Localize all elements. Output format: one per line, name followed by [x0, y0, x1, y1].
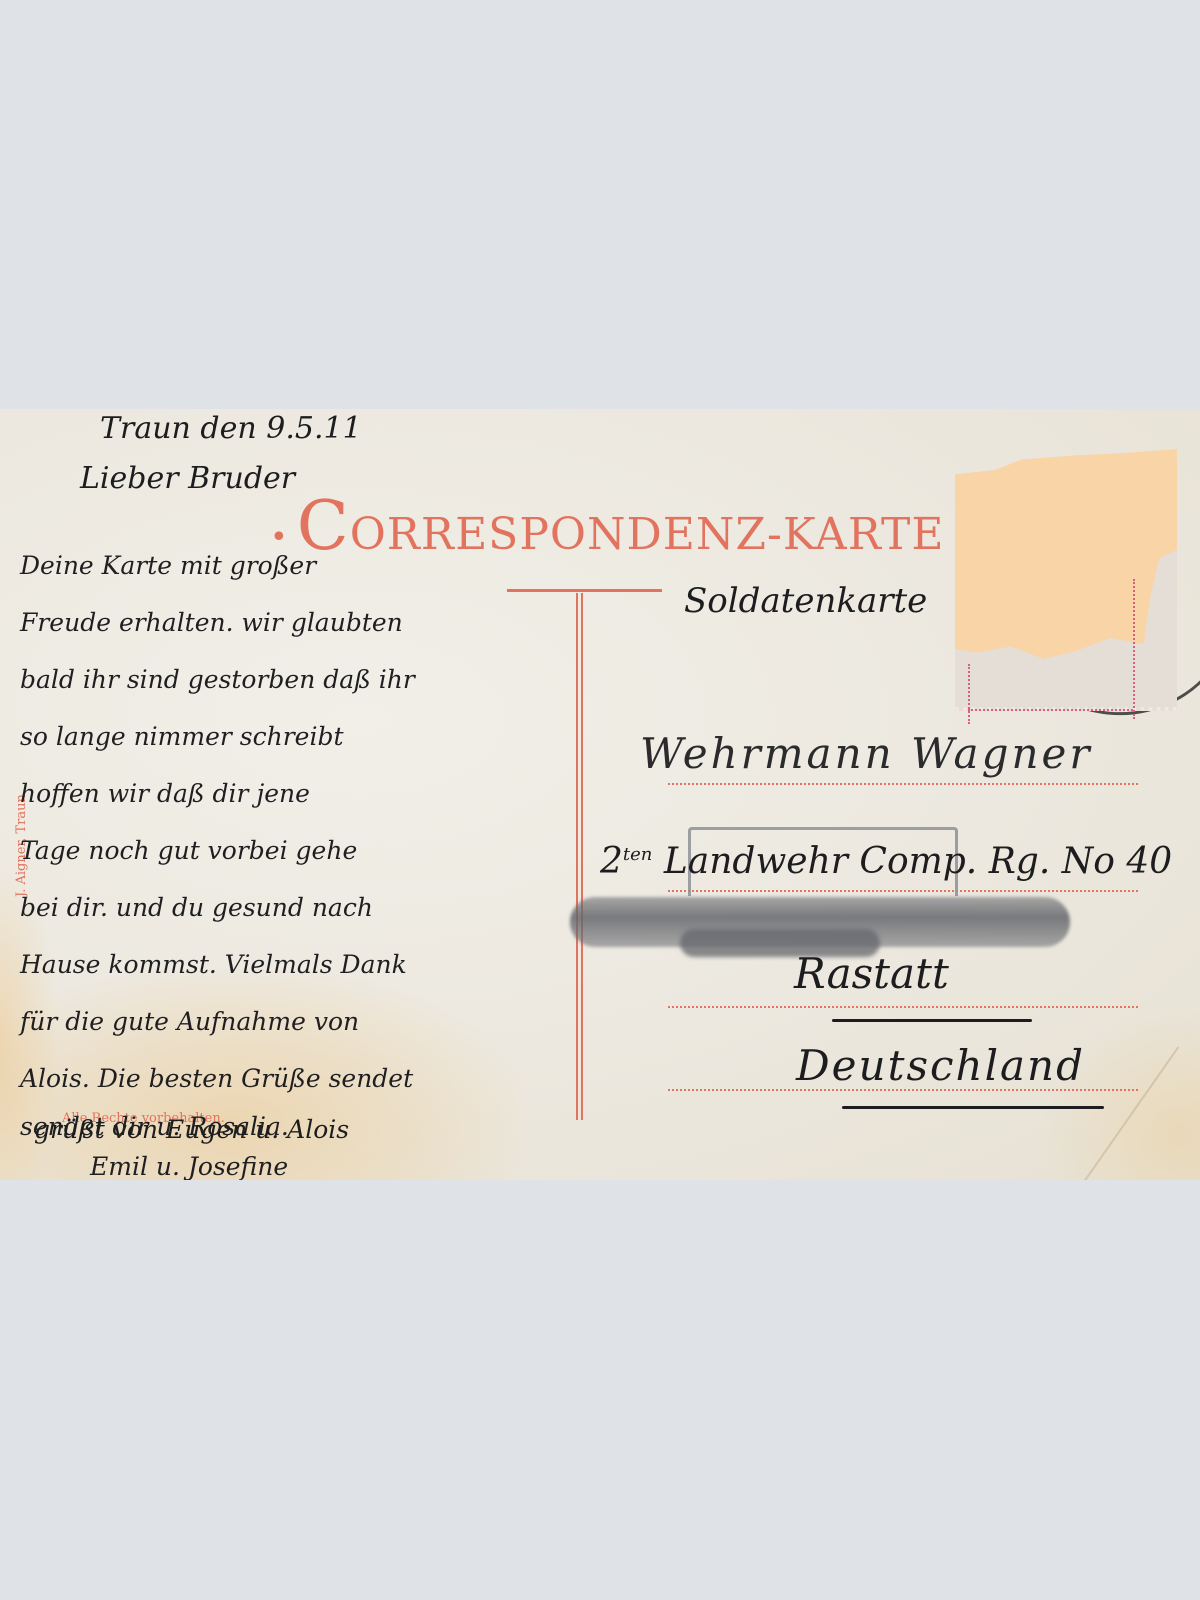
message-line: hoffen wir daß dir jene — [20, 765, 580, 822]
divider-line — [581, 593, 583, 1120]
message-line: Freude erhalten. wir glaubten — [20, 594, 580, 651]
stamp-torn-paper — [955, 449, 1177, 659]
recipient-name: Wehrmann Wagner — [640, 729, 1092, 778]
postcard: •CORRESPONDENZ-KARTE• J. Aigner, Traun. … — [0, 409, 1200, 1180]
message-line: Alois. Die besten Grüße sendet — [20, 1050, 580, 1107]
address-dotted-line — [668, 783, 1138, 785]
message-body: Deine Karte mit großer Freude erhalten. … — [20, 537, 580, 1180]
message-line: Emil u. Josefine — [20, 1147, 580, 1180]
message-line: bei dir. und du gesund nach — [20, 879, 580, 936]
message-line: Deine Karte mit großer — [20, 537, 580, 594]
message-closing: grüßt von Eugen u. Alois — [34, 1115, 349, 1144]
recipient-unit: 2ten Landwehr Comp. Rg. No 40 — [600, 841, 1172, 882]
unit-number: 2 — [600, 841, 623, 882]
address-dotted-line — [668, 1006, 1138, 1008]
recipient-city: Rastatt — [794, 949, 949, 998]
water-stain — [1040, 1009, 1200, 1180]
recipient-country: Deutschland — [796, 1041, 1085, 1090]
stamp-guide-line — [1133, 579, 1135, 719]
unit-ordinal: ten — [623, 844, 652, 865]
stamp-guide-line — [968, 709, 1133, 711]
country-underline — [842, 1106, 1104, 1109]
message-date: Traun den 9.5.11 — [100, 411, 362, 446]
stamp-guide-line — [968, 664, 970, 724]
message-line: bald ihr sind gestorben daß ihr — [20, 651, 580, 708]
city-underline — [832, 1019, 1032, 1022]
message-line: Tage noch gut vorbei gehe — [20, 822, 580, 879]
message-line: für die gute Aufnahme von — [20, 993, 580, 1050]
message-line: so lange nimmer schreibt — [20, 708, 580, 765]
card-type-note: Soldatenkarte — [684, 581, 927, 621]
message-greeting: Lieber Bruder — [80, 461, 295, 496]
message-line: Hause kommst. Vielmals Dank — [20, 936, 580, 993]
unit-name: Landwehr Comp. Rg. No 40 — [664, 841, 1172, 882]
